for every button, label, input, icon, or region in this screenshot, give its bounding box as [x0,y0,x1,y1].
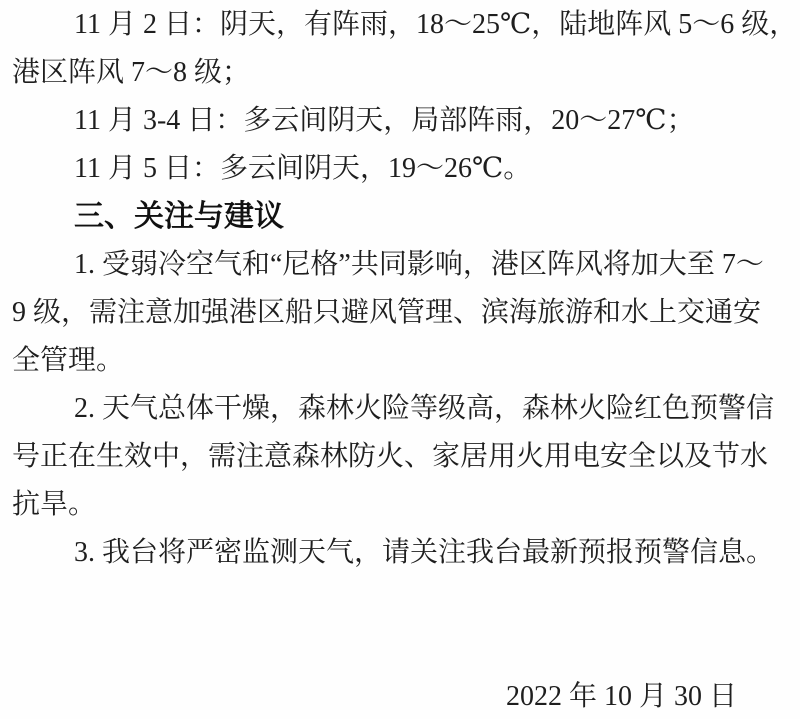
advice-1-line-1: 1. 受弱冷空气和“尼格”共同影响，港区阵风将加大至 7～ [12,241,792,289]
document-date: 2022 年 10 月 30 日 [12,673,792,719]
weather-bulletin-document: 11 月 2 日：阴天，有阵雨，18～25℃，陆地阵风 5～6 级， 港区阵风 … [0,0,800,719]
advice-2-line-2: 号正在生效中，需注意森林防火、家居用火用电安全以及节水 [12,433,792,481]
advice-2-line-1: 2. 天气总体干燥，森林火险等级高，森林火险红色预警信 [12,385,792,433]
forecast-line-nov2-continuation: 港区阵风 7～8 级； [12,49,792,97]
advice-2-line-3: 抗旱。 [12,481,792,529]
advice-1-line-2: 9 级，需注意加强港区船只避风管理、滨海旅游和水上交通安 [12,289,792,337]
forecast-line-nov2: 11 月 2 日：阴天，有阵雨，18～25℃，陆地阵风 5～6 级， [12,1,792,49]
section-heading-concerns-suggestions: 三、关注与建议 [12,193,792,241]
advice-3-line-1: 3. 我台将严密监测天气，请关注我台最新预报预警信息。 [12,529,792,577]
advice-1-line-3: 全管理。 [12,337,792,385]
forecast-line-nov5: 11 月 5 日：多云间阴天，19～26℃。 [12,145,792,193]
forecast-line-nov3-4: 11 月 3-4 日：多云间阴天，局部阵雨，20～27℃； [12,97,792,145]
